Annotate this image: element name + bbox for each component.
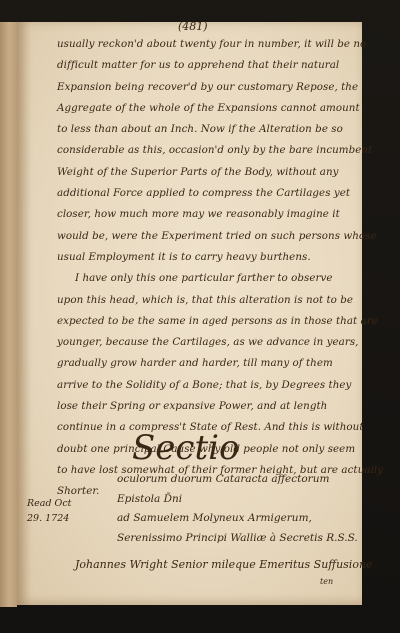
marginal-note-read: Read Oct <box>27 496 71 511</box>
text-line: gradually grow harder and harder, till m… <box>57 353 357 374</box>
paragraph-start-line: I have only this one particular farther … <box>57 268 357 289</box>
catchword: ten <box>320 577 333 586</box>
text-line: closer, how much more may we reasonably … <box>57 204 357 225</box>
text-line: usual Employment it is to carry heavy bu… <box>57 247 357 268</box>
text-line: lose their Spring or expansive Power, an… <box>57 396 357 417</box>
text-line: Aggregate of the whole of the Expansions… <box>57 98 357 119</box>
text-line: expected to be the same in aged persons … <box>57 311 357 332</box>
text-line: upon this head, which is, that this alte… <box>57 290 357 311</box>
binding-page-edge <box>0 22 17 607</box>
text-line: additional Force applied to compress the… <box>57 183 357 204</box>
text-line: would be, were the Experiment tried on s… <box>57 226 357 247</box>
section-title: Sectio <box>132 428 239 468</box>
author-line: Johannes Wright Senior mileque Emeritus … <box>75 558 373 571</box>
heading-line: Epistola D̃ni <box>117 490 358 510</box>
text-line: difficult matter for us to apprehend tha… <box>57 55 357 76</box>
text-line: Expansion being recover'd by our customa… <box>57 77 357 98</box>
heading-line: ad Samuelem Molyneux Armigerum, <box>117 509 358 529</box>
text-line: Weight of the Superior Parts of the Body… <box>57 162 357 183</box>
text-line: usually reckon'd about twenty four in nu… <box>57 34 357 55</box>
text-line: younger, because the Cartilages, as we a… <box>57 332 357 353</box>
section-heading: oculorum duorum Cataracta affectorum Epi… <box>117 470 358 548</box>
text-line: arrive to the Solidity of a Bone; that i… <box>57 375 357 396</box>
text-line: considerable as this, occasion'd only by… <box>57 140 357 161</box>
text-line: to less than about an Inch. Now if the A… <box>57 119 357 140</box>
marginal-note: Read Oct 29. 1724 <box>27 496 71 526</box>
page-number: (481) <box>178 20 208 33</box>
heading-line: oculorum duorum Cataracta affectorum <box>117 470 358 490</box>
marginal-note-date: 29. 1724 <box>27 511 71 526</box>
heading-line: Serenissimo Principi Walliæ à Secretis R… <box>117 529 358 549</box>
